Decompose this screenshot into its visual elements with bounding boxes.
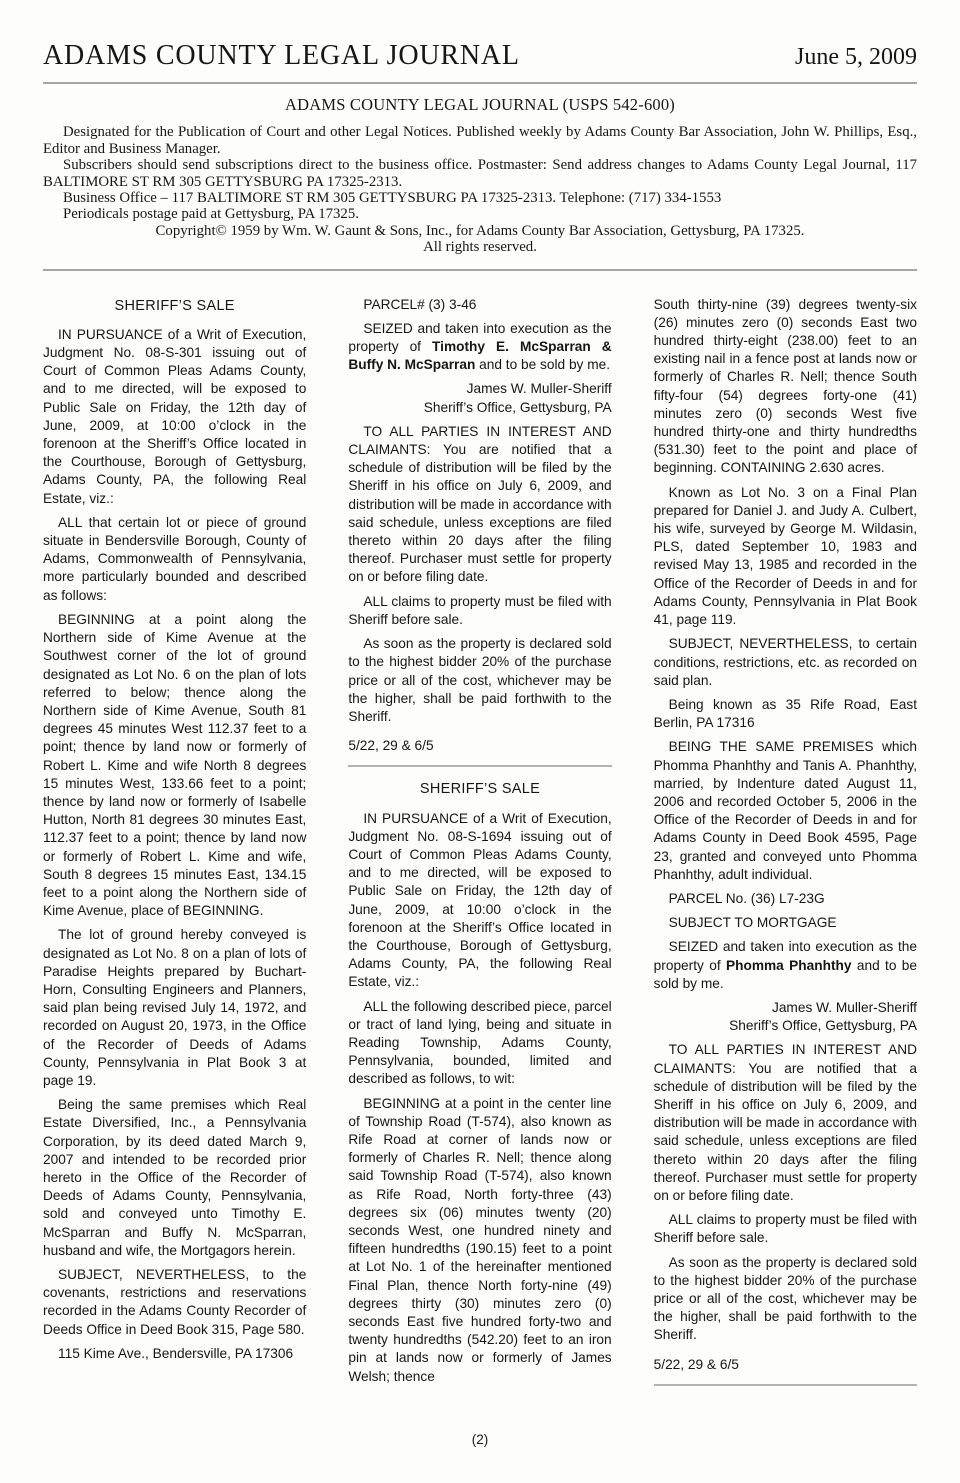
- masthead-paragraph: Designated for the Publication of Court …: [43, 124, 917, 157]
- notice-paragraph: ALL that certain lot or piece of ground …: [43, 514, 306, 605]
- page-header: ADAMS COUNTY LEGAL JOURNAL June 5, 2009: [43, 0, 917, 84]
- sheriff-office-line: Sheriff’s Office, Gettysburg, PA: [654, 1017, 917, 1035]
- masthead-paragraph: Copyright© 1959 by Wm. W. Gaunt & Sons, …: [43, 223, 917, 239]
- notice-paragraph: South thirty-nine (39) degrees twenty-si…: [654, 296, 917, 478]
- notice-paragraph: SUBJECT, NEVERTHELESS, to the covenants,…: [43, 1266, 306, 1339]
- mortgage-subject: SUBJECT TO MORTGAGE: [654, 914, 917, 932]
- journal-title: ADAMS COUNTY LEGAL JOURNAL: [43, 41, 520, 70]
- page-footer: (2): [0, 1432, 960, 1447]
- notice-paragraph: SUBJECT, NEVERTHELESS, to certain condit…: [654, 635, 917, 690]
- masthead-paragraph: Business Office – 117 BALTIMORE ST RM 30…: [43, 190, 917, 206]
- publication-dates: 5/22, 29 & 6/5: [654, 1356, 917, 1374]
- parcel-number: PARCEL No. (36) L7-23G: [654, 890, 917, 908]
- notice-paragraph: Known as Lot No. 3 on a Final Plan prepa…: [654, 484, 917, 630]
- notice-heading: SHERIFF’S SALE: [348, 780, 611, 798]
- masthead-paragraphs: Designated for the Publication of Court …: [43, 124, 917, 255]
- notice-paragraph: TO ALL PARTIES IN INTEREST AND CLAIMANTS…: [654, 1041, 917, 1205]
- notice-paragraph: BEGINNING at a point along the Northern …: [43, 611, 306, 920]
- journal-page: ADAMS COUNTY LEGAL JOURNAL June 5, 2009 …: [0, 0, 960, 1483]
- notice-paragraph: As soon as the property is declared sold…: [348, 635, 611, 726]
- notice-paragraph: IN PURSUANCE of a Writ of Execution, Jud…: [348, 810, 611, 992]
- column-3: South thirty-nine (39) degrees twenty-si…: [654, 296, 917, 1399]
- publication-dates: 5/22, 29 & 6/5: [348, 737, 611, 755]
- property-address: Being known as 35 Rife Road, East Berlin…: [654, 696, 917, 732]
- parcel-number: PARCEL# (3) 3-46: [348, 296, 611, 314]
- notice-paragraph: ALL claims to property must be filed wit…: [348, 593, 611, 629]
- sheriff-signature: James W. Muller-Sheriff: [348, 380, 611, 398]
- issue-date: June 5, 2009: [795, 45, 917, 70]
- property-address: 115 Kime Ave., Bendersville, PA 17306: [43, 1345, 306, 1363]
- masthead-paragraph: Periodicals postage paid at Gettysburg, …: [43, 206, 917, 222]
- notice-paragraph: Being the same premises which Real Estat…: [43, 1096, 306, 1260]
- notice-paragraph: As soon as the property is declared sold…: [654, 1254, 917, 1345]
- notice-paragraph: ALL the following described piece, parce…: [348, 998, 611, 1089]
- sheriff-office-line: Sheriff’s Office, Gettysburg, PA: [348, 399, 611, 417]
- notice-paragraph: IN PURSUANCE of a Writ of Execution, Jud…: [43, 326, 306, 508]
- notice-columns: SHERIFF’S SALEIN PURSUANCE of a Writ of …: [43, 296, 917, 1399]
- masthead-title: ADAMS COUNTY LEGAL JOURNAL (USPS 542-600…: [43, 95, 917, 115]
- masthead-paragraph: All rights reserved.: [43, 239, 917, 255]
- seized-notice: SEIZED and taken into execution as the p…: [348, 320, 611, 375]
- notice-divider: [654, 1384, 917, 1386]
- notice-heading: SHERIFF’S SALE: [43, 297, 306, 315]
- page-number: (2): [472, 1432, 489, 1447]
- sheriff-signature: James W. Muller-Sheriff: [654, 999, 917, 1017]
- column-2: PARCEL# (3) 3-46SEIZED and taken into ex…: [348, 296, 611, 1399]
- notice-divider: [348, 765, 611, 767]
- notice-paragraph: The lot of ground hereby conveyed is des…: [43, 926, 306, 1090]
- masthead-paragraph: Subscribers should send subscriptions di…: [43, 157, 917, 190]
- masthead: ADAMS COUNTY LEGAL JOURNAL (USPS 542-600…: [43, 84, 917, 270]
- notice-paragraph: BEGINNING at a point in the center line …: [348, 1095, 611, 1386]
- notice-paragraph: ALL claims to property must be filed wit…: [654, 1211, 917, 1247]
- notice-paragraph: TO ALL PARTIES IN INTEREST AND CLAIMANTS…: [348, 423, 611, 587]
- notice-paragraph: BEING THE SAME PREMISES which Phomma Pha…: [654, 738, 917, 884]
- seized-notice: SEIZED and taken into execution as the p…: [654, 938, 917, 993]
- column-1: SHERIFF’S SALEIN PURSUANCE of a Writ of …: [43, 296, 306, 1399]
